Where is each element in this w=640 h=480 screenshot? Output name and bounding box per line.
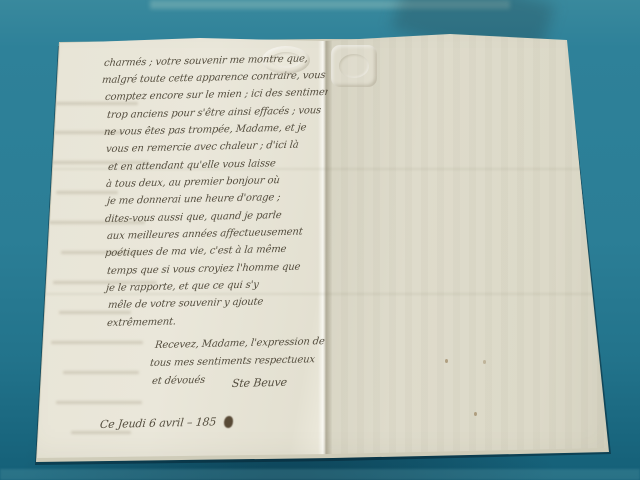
bottom-light-band (0, 469, 640, 480)
photo-of-letter: charmés ; votre souvenir me montre que, … (0, 0, 640, 480)
paper-edge-shading (0, 0, 640, 480)
